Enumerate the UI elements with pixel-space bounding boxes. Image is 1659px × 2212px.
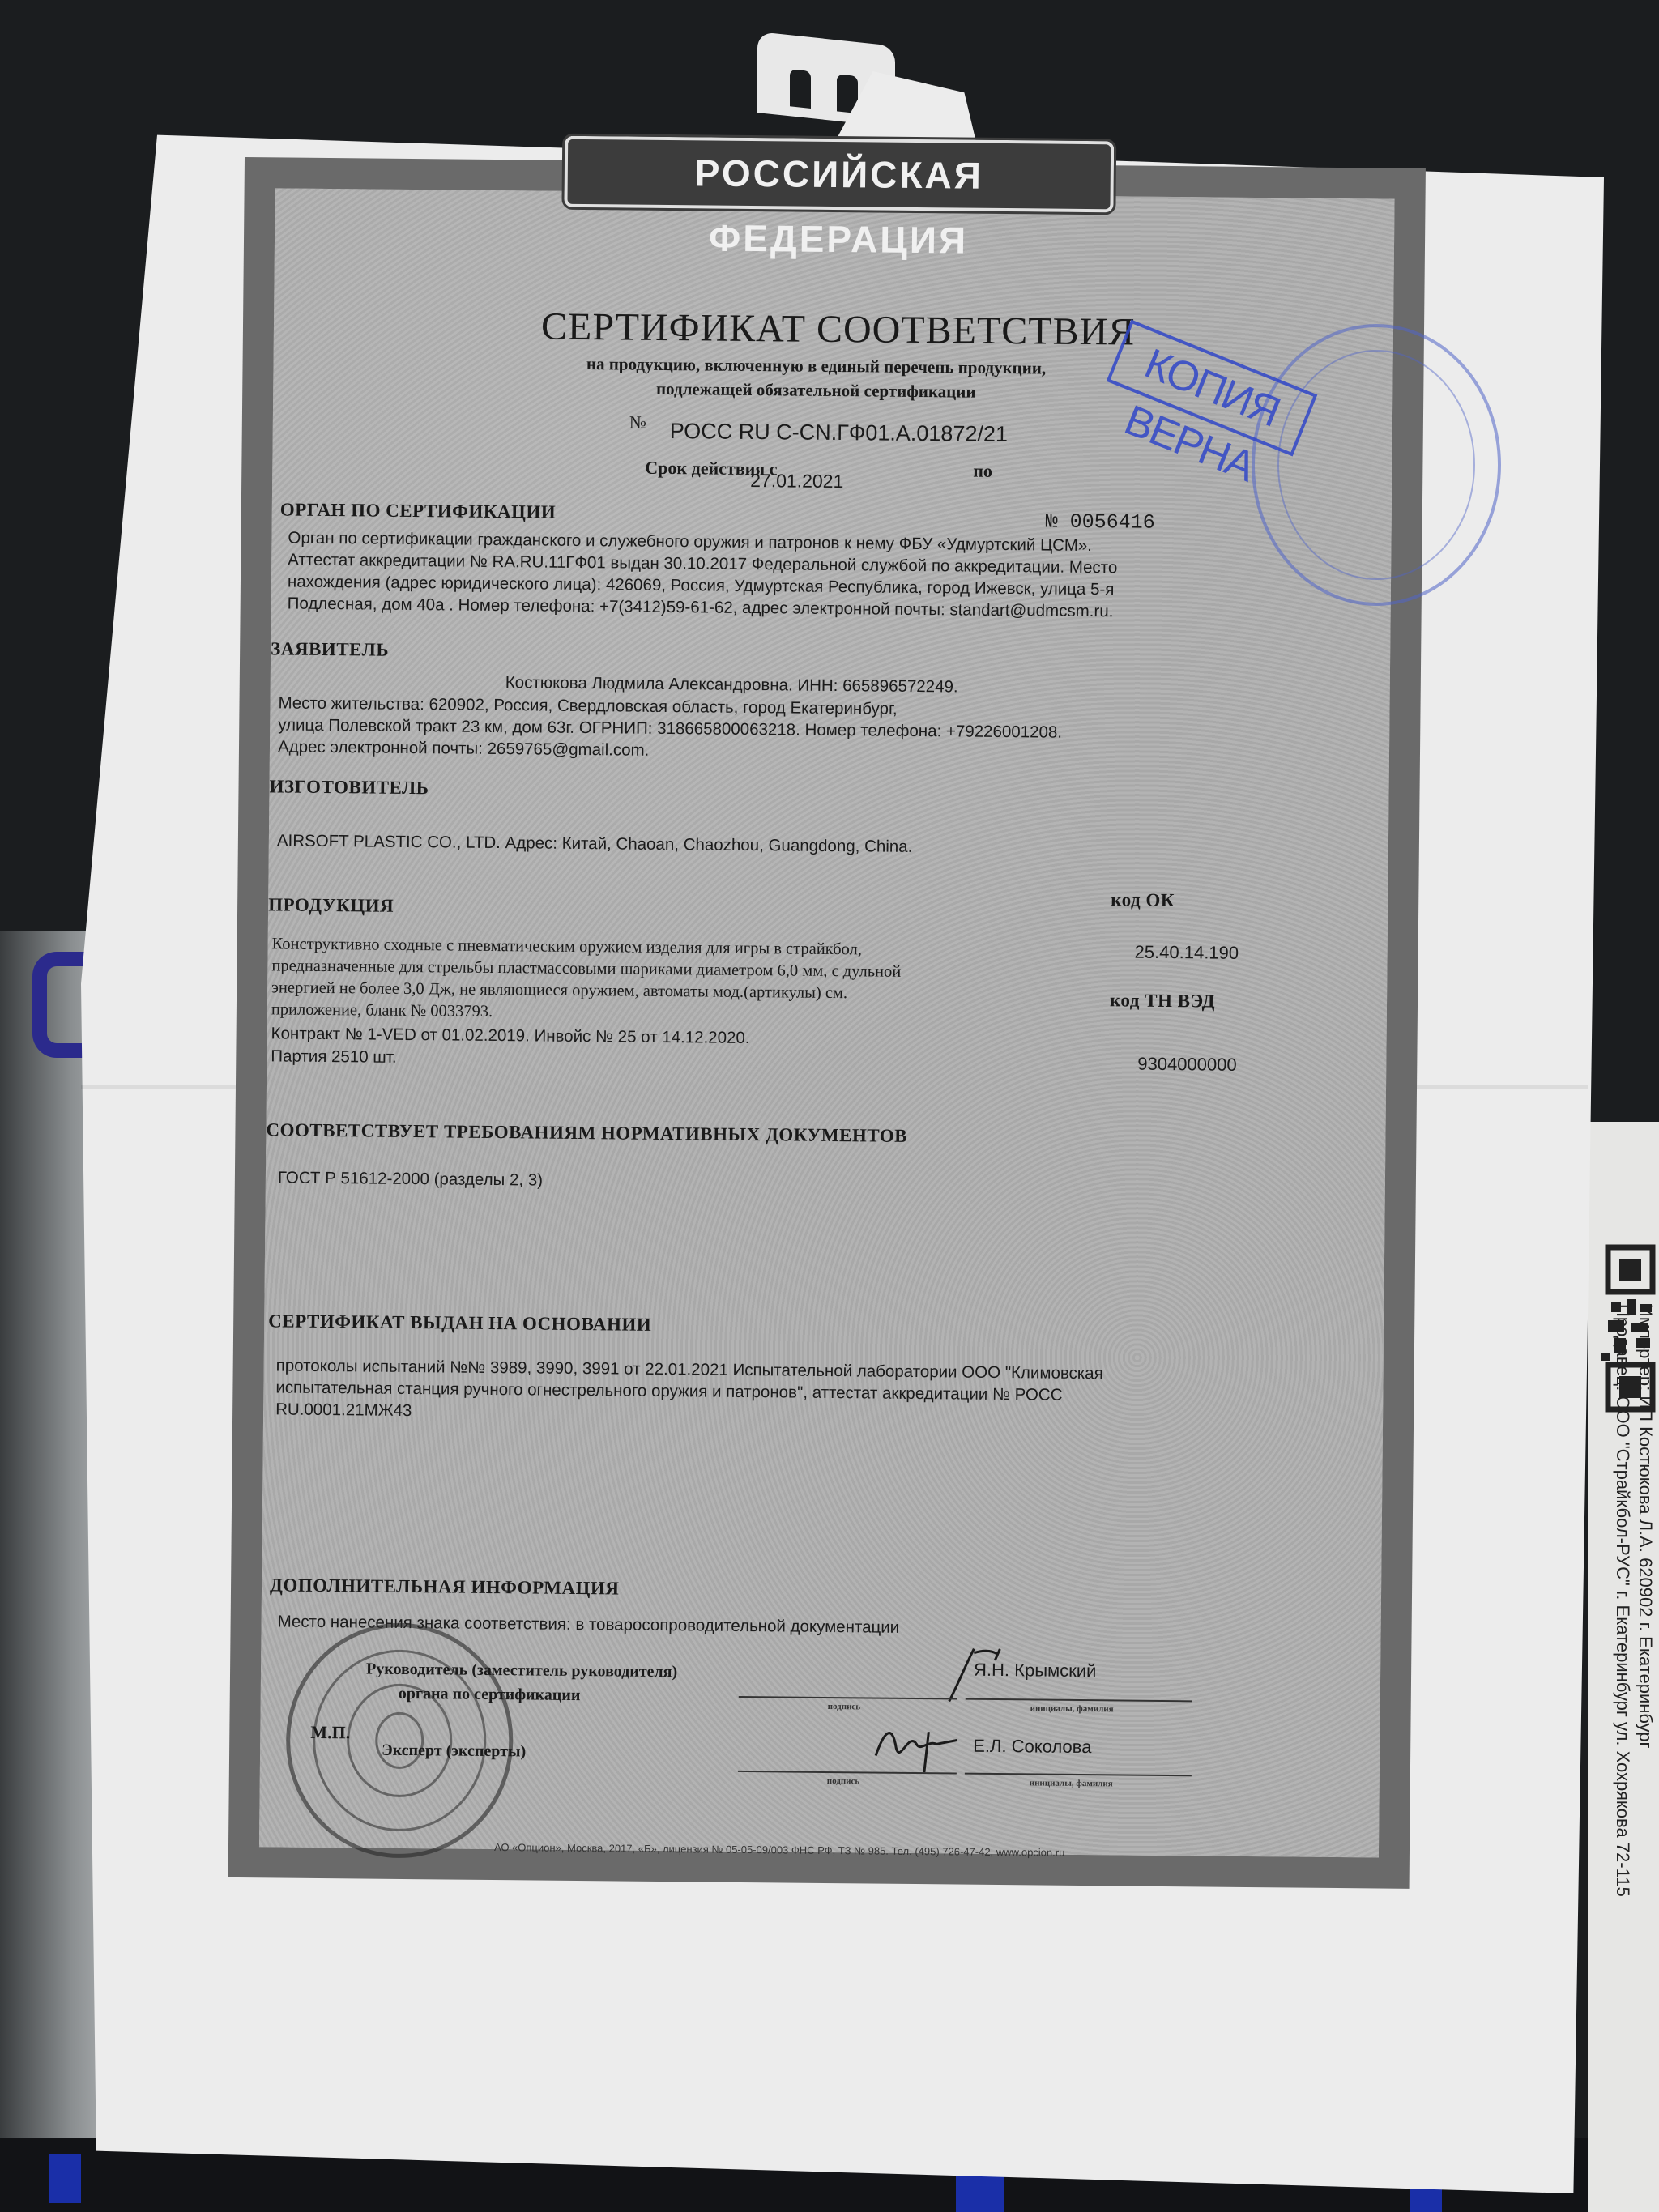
expert-label: Эксперт (эксперты) [382,1741,526,1762]
applicant-details: Место жительства: 620902, Россия, Свердл… [278,692,1332,767]
certificate-number: РОСС RU С-CN.ГФ01.А.01872/21 [670,419,1008,447]
head-name: Я.Н. Крымский [974,1660,1097,1681]
certificate-subtitle: на продукцию, включенную в единый перече… [508,351,1124,405]
tnved-code-value: 9304000000 [1137,1054,1237,1076]
contract-text: Контракт № 1-VED от 01.02.2019. Инвойс №… [271,1022,749,1049]
manufacturer-text: AIRSOFT PLASTIC CO., LTD. Адрес: Китай, … [277,829,913,858]
round-stamp-blue-icon [1252,324,1501,606]
printer-footer: АО «Опцион», Москва, 2017, «Б», лицензия… [494,1841,1065,1859]
country-ribbon: РОССИЙСКАЯ ФЕДЕРАЦИЯ [564,136,1114,213]
blank-number: № 0056416 [1046,510,1155,535]
certification-body-text: Орган по сертификации гражданского и слу… [288,527,1390,625]
product-label-text: Импортер: ИП Костюкова Л.А. 620902 г. Ек… [1608,1304,1657,2211]
seller-text: Продавец: ООО "Страйкбол-РУС" г. Екатери… [1611,1304,1634,2211]
number-label: № [629,412,646,433]
ok-code-value: 25.40.14.190 [1135,942,1239,964]
section-heading-additional: ДОПОЛНИТЕЛЬНАЯ ИНФОРМАЦИЯ [270,1575,620,1599]
product-description: Конструктивно сходные с пневматическим о… [271,933,1082,1029]
tnved-code-label: код ТН ВЭД [1110,990,1215,1012]
head-signature-caption: подпись [828,1702,861,1711]
section-heading-applicant: ЗАЯВИТЕЛЬ [271,638,389,660]
ok-code-label: код ОК [1111,889,1175,911]
expert-name: Е.Л. Соколова [973,1736,1091,1758]
section-heading-basis: СЕРТИФИКАТ ВЫДАН НА ОСНОВАНИИ [268,1311,651,1336]
head-label-line2: органа по сертификации [399,1685,581,1705]
applicant-name: Костюкова Людмила Александровна. ИНН: 66… [505,671,958,697]
expert-signature-caption: подпись [827,1776,860,1786]
head-label-line1: Руководитель (заместитель руководителя) [366,1660,677,1682]
valid-to-label: по [973,461,992,482]
conformity-standard: ГОСТ Р 51612-2000 (разделы 2, 3) [278,1166,543,1191]
seal-label: М.П. [310,1722,350,1743]
head-name-caption: инициалы, фамилия [1030,1703,1114,1714]
importer-text: Импортер: ИП Костюкова Л.А. 620902 г. Ек… [1634,1304,1657,2211]
section-heading-certification-body: ОРГАН ПО СЕРТИФИКАЦИИ [280,499,557,522]
valid-from-date: 27.01.2021 [750,470,843,492]
expert-name-caption: инициалы, фамилия [1030,1778,1113,1788]
section-heading-conformity: СООТВЕТСТВУЕТ ТРЕБОВАНИЯМ НОРМАТИВНЫХ ДО… [266,1119,907,1147]
basis-text: протоколы испытаний №№ 3989, 3990, 3991 … [275,1354,1378,1430]
batch-text: Партия 2510 шт. [271,1045,397,1068]
section-heading-manufacturer: ИЗГОТОВИТЕЛЬ [269,776,429,799]
certificate-title: СЕРТИФИКАТ СООТВЕТСТВИЯ [541,305,1136,355]
section-heading-product: ПРОДУКЦИЯ [268,894,394,916]
